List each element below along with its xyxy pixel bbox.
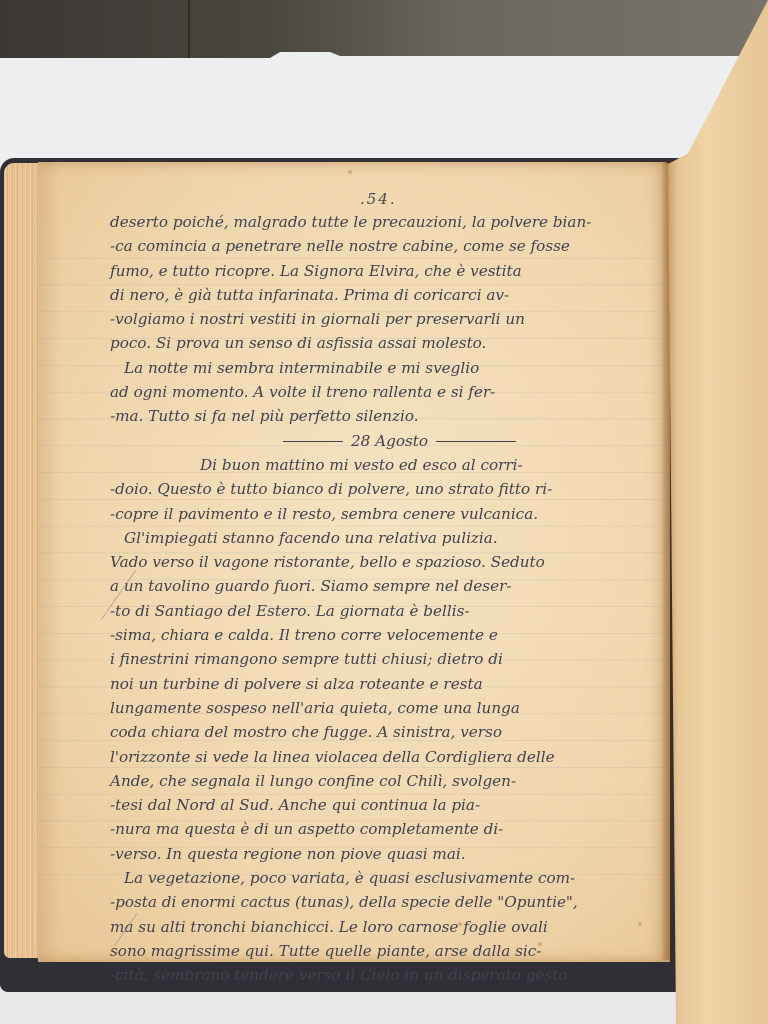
- text-line: Di buon mattino mi vesto ed esco al corr…: [110, 453, 670, 477]
- text-line: ad ogni momento. A volte il treno rallen…: [110, 380, 670, 404]
- text-line: La notte mi sembra interminabile e mi sv…: [110, 356, 670, 380]
- page-edges: [4, 163, 40, 958]
- text-line: ma su alti tronchi bianchicci. Le loro c…: [110, 915, 670, 939]
- floor-background: [0, 0, 768, 60]
- text-line: lungamente sospeso nell'aria quieta, com…: [110, 696, 670, 720]
- text-line: -ca comincia a penetrare nelle nostre ca…: [110, 234, 670, 258]
- date-rule-left: [283, 441, 343, 442]
- date-heading: 28 Agosto: [351, 432, 428, 450]
- text-line: di nero, è già tutta infarinata. Prima d…: [110, 283, 670, 307]
- text-line: i finestrini rimangono sempre tutti chiu…: [110, 647, 670, 671]
- text-line: Vado verso il vagone ristorante, bello e…: [110, 550, 670, 574]
- text-line: -copre il pavimento e il resto, sembra c…: [110, 502, 670, 526]
- text-line: -posta di enormi cactus (tunas), della s…: [110, 890, 670, 914]
- text-line: -to di Santiago del Estero. La giornata …: [110, 599, 670, 623]
- floor-seam: [188, 0, 190, 58]
- text-line: sono magrissime qui. Tutte quelle piante…: [110, 939, 670, 963]
- text-line: coda chiara del mostro che fugge. A sini…: [110, 720, 670, 744]
- text-line: -sima, chiara e calda. Il treno corre ve…: [110, 623, 670, 647]
- text-line: Gl'impiegati stanno facendo una relativa…: [110, 526, 670, 550]
- text-line: -volgiamo i nostri vestiti in giornali p…: [110, 307, 670, 331]
- text-line: noi un turbine di polvere si alza rotean…: [110, 672, 670, 696]
- handwritten-text: deserto poiché, malgrado tutte le precau…: [110, 210, 670, 988]
- text-line: -cità, sembrano tendere verso il Cielo i…: [110, 963, 670, 987]
- text-line: fumo, e tutto ricopre. La Signora Elvira…: [110, 259, 670, 283]
- text-line: poco. Si prova un senso di asfissia assa…: [110, 331, 670, 355]
- date-rule-right: [436, 441, 516, 442]
- text-line: -nura ma questa è di un aspetto completa…: [110, 817, 670, 841]
- text-line: Ande, che segnala il lungo confine col C…: [110, 769, 670, 793]
- page-number: .54.: [360, 190, 397, 208]
- text-line: a un tavolino guardo fuori. Siamo sempre…: [110, 574, 670, 598]
- date-heading-line: 28 Agosto: [110, 429, 670, 453]
- text-line: -verso. In questa regione non piove quas…: [110, 842, 670, 866]
- text-line: -doio. Questo è tutto bianco di polvere,…: [110, 477, 670, 501]
- foxing-spot: [348, 170, 352, 174]
- text-line: -ma. Tutto si fa nel più perfetto silenz…: [110, 404, 670, 428]
- text-line: -tesi dal Nord al Sud. Anche qui continu…: [110, 793, 670, 817]
- text-line: La vegetazione, poco variata, è quasi es…: [110, 866, 670, 890]
- text-line: l'orizzonte si vede la linea violacea de…: [110, 745, 670, 769]
- text-line: deserto poiché, malgrado tutte le precau…: [110, 210, 670, 234]
